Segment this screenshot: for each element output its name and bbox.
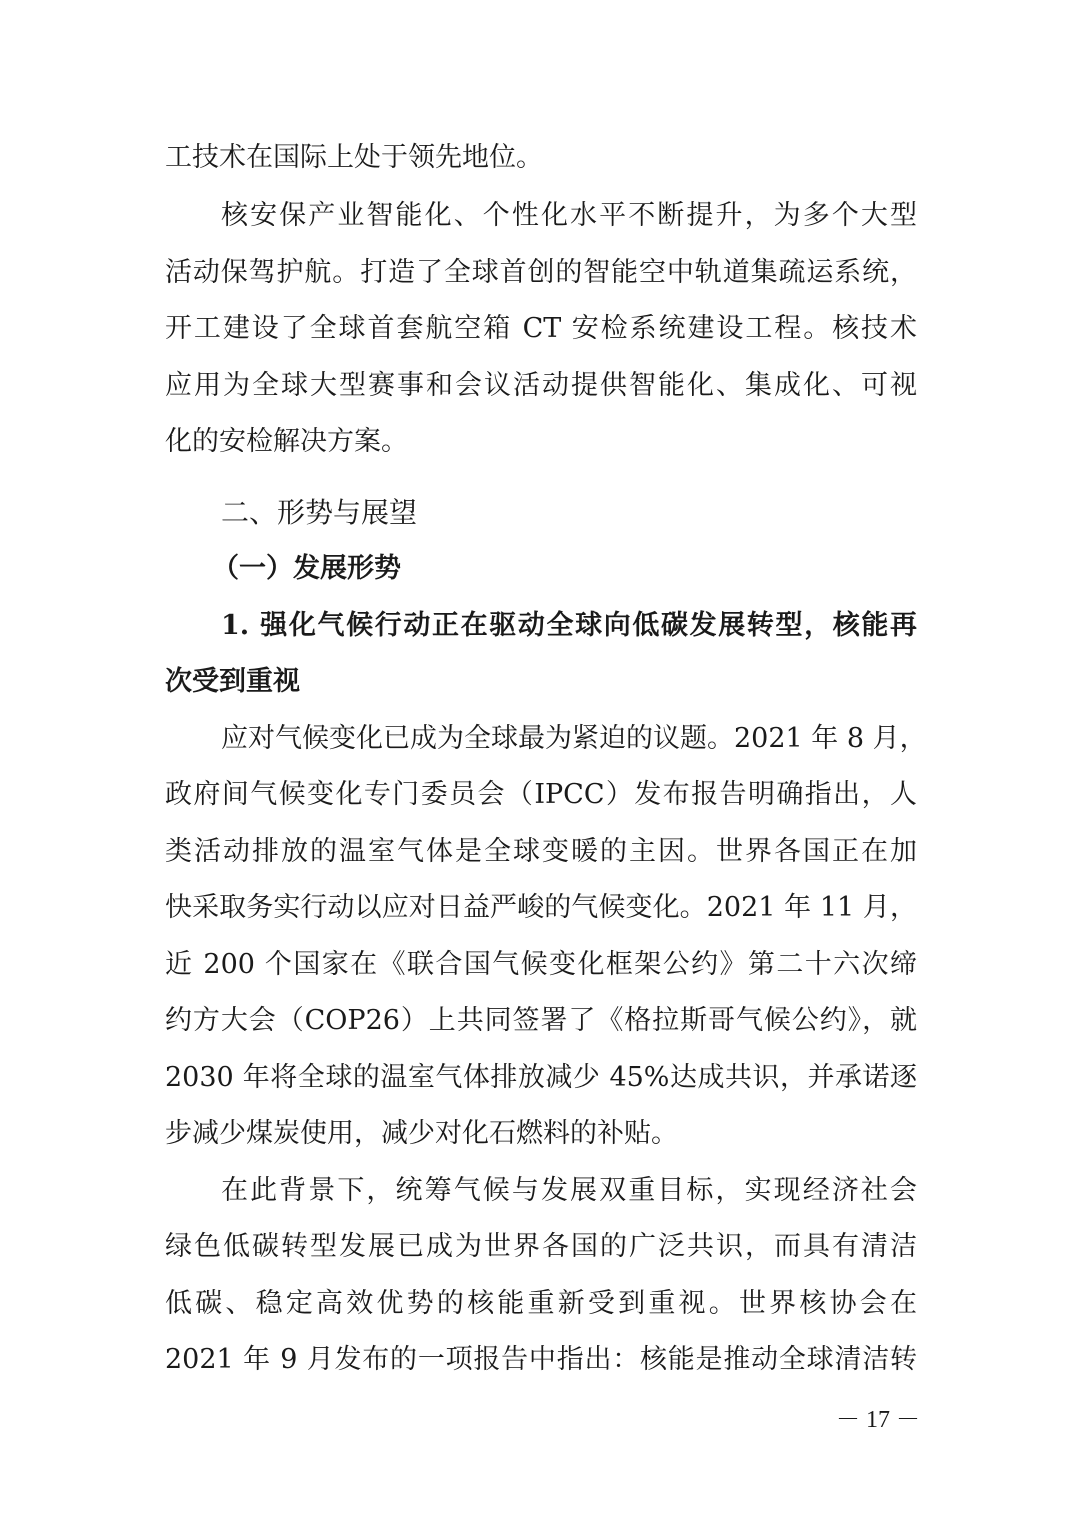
paragraph-line: 化的安检解决方案。 xyxy=(165,422,917,462)
paragraph-line: 快采取务实行动以应对日益严峻的气候变化。2021 年 11 月， xyxy=(165,888,917,928)
paragraph-line: 活动保驾护航。打造了全球首创的智能空中轨道集疏运系统， xyxy=(165,253,917,293)
page-number: － 17 － xyxy=(836,1402,920,1438)
subsection-heading: （一）发展形势 xyxy=(212,549,917,589)
numbered-heading: 1. 强化气候行动正在驱动全球向低碳发展转型，核能再 xyxy=(221,606,917,646)
paragraph-line: 步减少煤炭使用，减少对化石燃料的补贴。 xyxy=(165,1114,917,1154)
paragraph-line: 低碳、稳定高效优势的核能重新受到重视。世界核协会在 xyxy=(165,1284,917,1324)
paragraph-line: 政府间气候变化专门委员会（IPCC）发布报告明确指出，人 xyxy=(165,775,917,815)
paragraph-line: 约方大会（COP26）上共同签署了《格拉斯哥气候公约》，就 xyxy=(165,1001,917,1041)
paragraph-line: 在此背景下，统筹气候与发展双重目标，实现经济社会 xyxy=(221,1171,917,1211)
paragraph-line: 开工建设了全球首套航空箱 CT 安检系统建设工程。核技术 xyxy=(165,309,917,349)
document-page: 工技术在国际上处于领先地位。 核安保产业智能化、个性化水平不断提升，为多个大型 … xyxy=(0,0,1080,1527)
paragraph-line: 核安保产业智能化、个性化水平不断提升，为多个大型 xyxy=(221,196,917,236)
paragraph-line: 绿色低碳转型发展已成为世界各国的广泛共识，而具有清洁 xyxy=(165,1227,917,1267)
paragraph-line: 2021 年 9 月发布的一项报告中指出：核能是推动全球清洁转 xyxy=(165,1340,917,1380)
section-heading: 二、形势与展望 xyxy=(221,493,917,533)
paragraph-line: 应用为全球大型赛事和会议活动提供智能化、集成化、可视 xyxy=(165,366,917,406)
paragraph-line: 2030 年将全球的温室气体排放减少 45%达成共识，并承诺逐 xyxy=(165,1058,917,1098)
numbered-heading: 次受到重视 xyxy=(165,662,917,702)
paragraph-line: 类活动排放的温室气体是全球变暖的主因。世界各国正在加 xyxy=(165,832,917,872)
paragraph-line: 应对气候变化已成为全球最为紧迫的议题。2021 年 8 月， xyxy=(221,719,917,759)
paragraph-line: 近 200 个国家在《联合国气候变化框架公约》第二十六次缔 xyxy=(165,945,917,985)
paragraph-line: 工技术在国际上处于领先地位。 xyxy=(165,138,917,178)
